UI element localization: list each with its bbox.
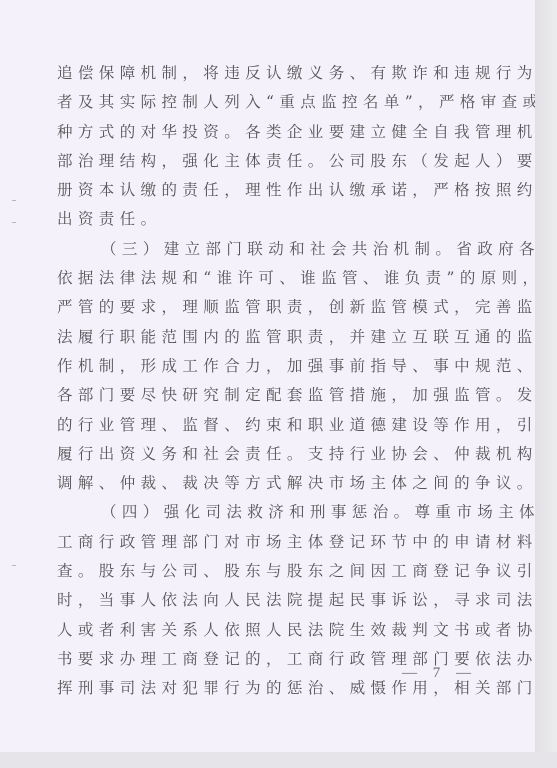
text-line: 追偿保障机制，将违反认缴义务、有欺诈和违规行为的境外投资 [57,59,497,88]
text-line: 各部门要尽快研究制定配套监管措施，加强监管。发挥行业协会 [57,381,497,410]
text-line: 履行出资义务和社会责任。支持行业协会、仲裁机构等组织通过 [57,440,497,469]
section-4-heading: （四）强化司法救济和刑事惩治。 [101,503,415,521]
scan-edge-bottom [0,752,557,768]
text-line: 的行业管理、监督、约束和职业道德建设等作用，引导市场主体 [57,411,497,440]
text-line: 查。股东与公司、股东与股东之间因工商登记争议引发民事纠纷 [57,557,497,586]
text-line: 种方式的对华投资。各类企业要建立健全自我管理机制，完善内 [57,118,497,147]
text-line: 部治理结构，强化主体责任。公司股东（发起人）要正确认识注 [57,147,497,176]
body-text: 追偿保障机制，将违反认缴义务、有欺诈和违规行为的境外投资 者及其实际控制人列入“… [57,59,497,704]
section-3-heading: （三）建立部门联动和社会共治机制。 [101,240,456,258]
binding-mark [12,200,16,201]
section-4-first-line: （四）强化司法救济和刑事惩治。尊重市场主体民事权利， [57,498,497,527]
text-line: 工商行政管理部门对市场主体登记环节中的申请材料实行形式审 [57,528,497,557]
text-line: 调解、仲裁、裁决等方式解决市场主体之间的争议。 [57,469,497,498]
binding-mark [12,565,16,566]
text-line: 作机制，形成工作合力，加强事前指导、事中规范、事后监督。 [57,352,497,381]
document-page: 追偿保障机制，将违反认缴义务、有欺诈和违规行为的境外投资 者及其实际控制人列入“… [0,0,535,752]
text-line: 严管的要求，理顺监管职责，创新监管模式，完善监管手段，依 [57,293,497,322]
scan-edge-right [535,0,557,768]
text-line: 出资责任。 [57,205,497,234]
section-3-first-line: （三）建立部门联动和社会共治机制。省政府各相关部门要 [57,235,497,264]
text-line: 法履行职能范围内的监管职责，并建立互联互通的监管体制和工 [57,323,497,352]
text-line: 时，当事人依法向人民法院提起民事诉讼，寻求司法救济。当事 [57,586,497,615]
text-line: 依据法律法规和“谁许可、谁监管、谁负责”的原则，按照宽进 [57,264,497,293]
page-number: — 7 — [402,665,477,682]
binding-mark [12,222,16,223]
text-line: 册资本认缴的责任，理性作出认缴承诺，严格按照约定履行实际 [57,176,497,205]
text-line: 者及其实际控制人列入“重点监控名单”，严格审查或限制其各 [57,88,497,117]
text-line: 人或者利害关系人依照人民法院生效裁判文书或者协助执行通知 [57,616,497,645]
